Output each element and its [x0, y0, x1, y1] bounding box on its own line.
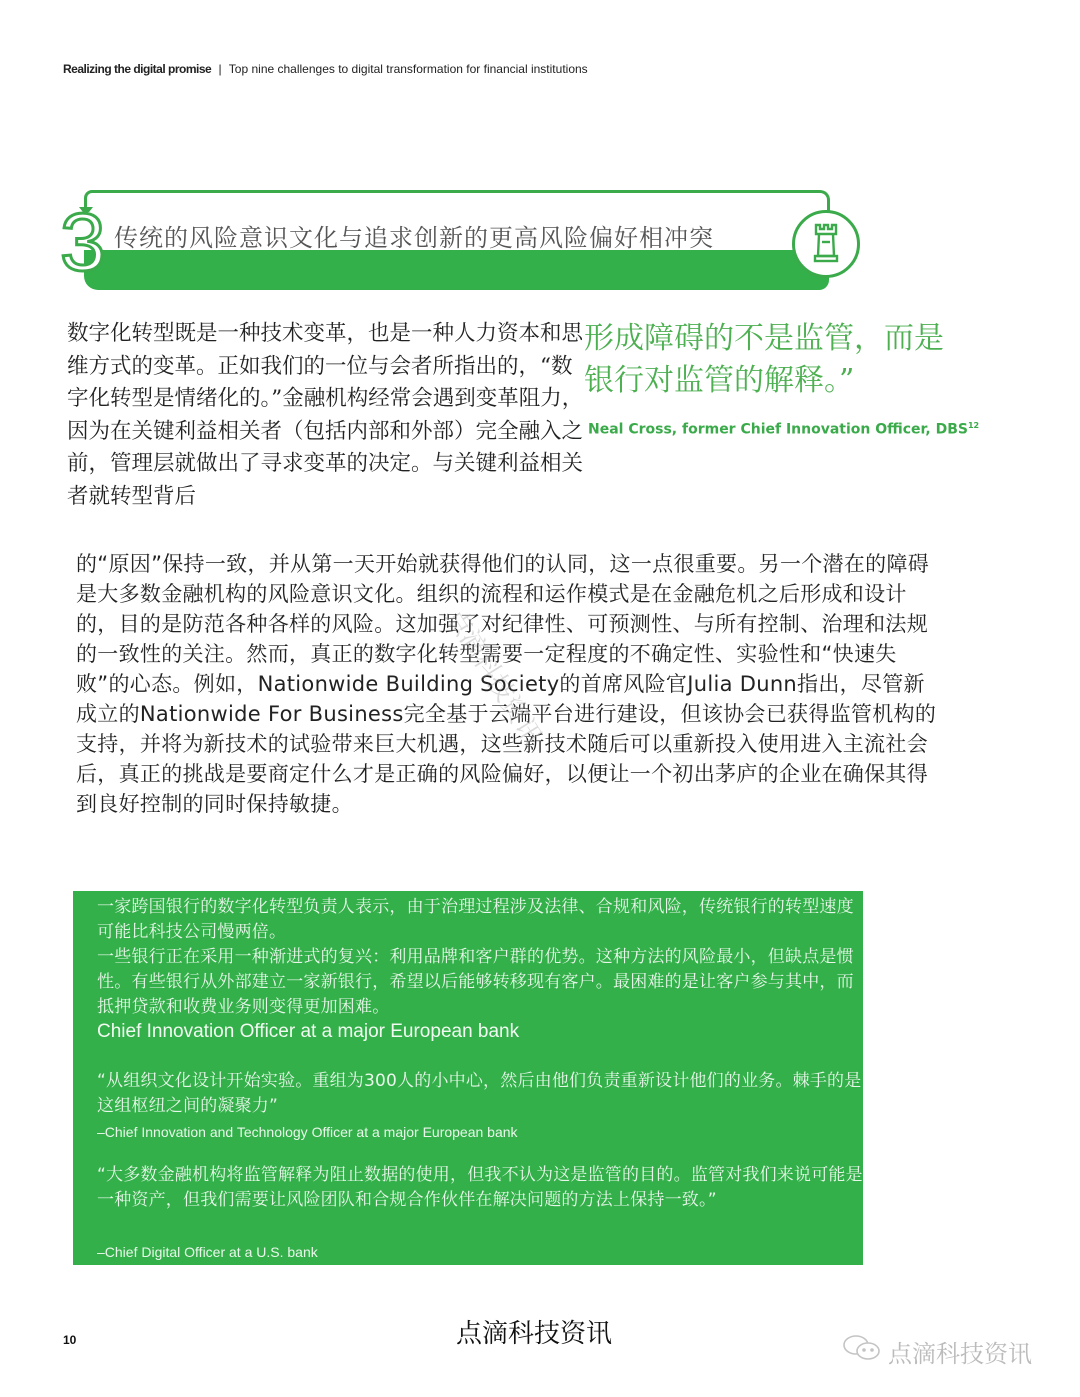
running-header: Realizing the digital promise | Top nine… [63, 62, 588, 76]
pull-quote: 形成障碍的不是监管，而是银行对监管的解释。” [584, 318, 964, 402]
attribution-text: Neal Cross, former Chief Innovation Offi… [588, 422, 968, 438]
callout-quote-2: 一些银行正在采用一种渐进式的复兴：利用品牌和客户群的优势。这种方法的风险最小，但… [97, 945, 865, 1020]
rook-chess-icon [792, 210, 860, 278]
body-paragraph: 的“原因”保持一致，并从第一天开始就获得他们的认同，这一点很重要。另一个潜在的障… [76, 549, 942, 819]
callout-quote-3: “从组织文化设计开始实验。重组为300人的小中心，然后由他们负责重新设计他们的业… [97, 1069, 865, 1119]
section-number: 3 [60, 202, 106, 284]
callout-quote-4: “大多数金融机构将监管解释为阻止数据的使用，但我不认为这是监管的目的。监管对我们… [97, 1163, 865, 1213]
section-title: 传统的风险意识文化与追求创新的更高风险偏好相冲突 [114, 218, 714, 253]
callout-attribution-1: Chief Innovation Officer at a major Euro… [97, 1021, 519, 1043]
footnote-marker: 12 [968, 421, 979, 430]
banner-top-line [84, 190, 830, 213]
pull-quote-attribution: Neal Cross, former Chief Innovation Offi… [588, 421, 979, 438]
callout-quote-1: 一家跨国银行的数字化转型负责人表示，由于治理过程涉及法律、合规和风险，传统银行的… [97, 895, 865, 945]
intro-paragraph: 数字化转型既是一种技术变革，也是一种人力资本和思维方式的变革。正如我们的一位与会… [67, 318, 587, 513]
quote-callout-box: 一家跨国银行的数字化转型负责人表示，由于治理过程涉及法律、合规和风险，传统银行的… [73, 891, 863, 1265]
header-separator: | [219, 62, 222, 76]
wechat-icon [842, 1333, 882, 1369]
wechat-watermark: 点滴科技资讯 [842, 1333, 1032, 1369]
callout-attribution-2: –Chief Innovation and Technology Officer… [97, 1124, 518, 1140]
callout-attribution-3: –Chief Digital Officer at a U.S. bank [97, 1244, 318, 1260]
wechat-account-name: 点滴科技资讯 [888, 1334, 1032, 1369]
report-title: Realizing the digital promise [63, 62, 211, 76]
footer-title: 点滴科技资讯 [456, 1313, 612, 1350]
banner-green-bar [84, 250, 829, 290]
page-number: 10 [63, 1333, 76, 1347]
section-banner: 3 传统的风险意识文化与追求创新的更高风险偏好相冲突 [60, 188, 870, 298]
report-subtitle: Top nine challenges to digital transform… [229, 62, 588, 76]
